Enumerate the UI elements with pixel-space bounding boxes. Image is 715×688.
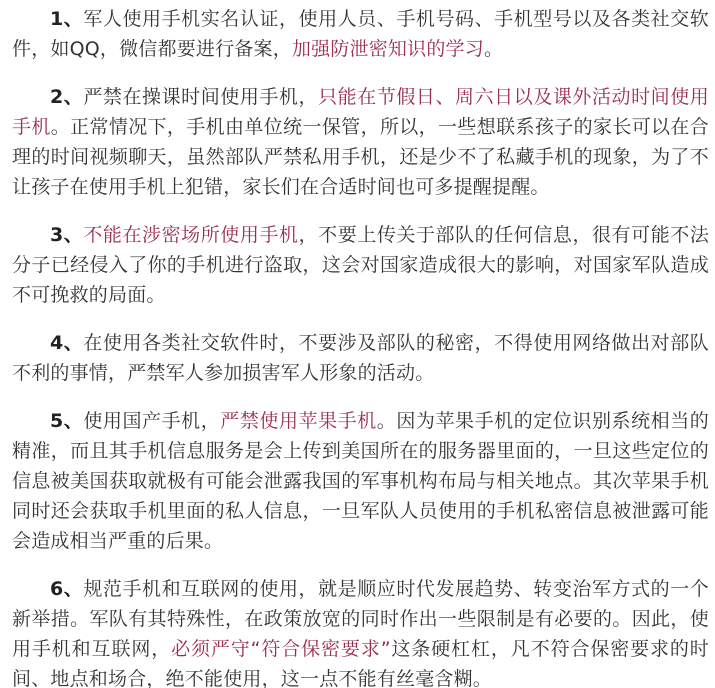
item-number: 5、	[50, 410, 83, 432]
paragraph-text: 。	[484, 38, 503, 60]
highlighted-text: 严禁使用苹果手机	[220, 410, 377, 432]
highlighted-text: 必须严守“符合保密要求”	[171, 638, 391, 660]
item-number: 6、	[50, 578, 83, 600]
paragraph-text: 使用国产手机，	[83, 410, 220, 432]
paragraph-text: 在使用各类社交软件时，不要涉及部队的秘密，不得使用网络做出对部队不利的事情，严禁…	[12, 332, 709, 384]
paragraph-5: 5、使用国产手机，严禁使用苹果手机。因为苹果手机的定位识别系统相当的精准，而且其…	[12, 406, 709, 556]
item-number: 3、	[50, 224, 83, 246]
paragraph-4: 4、在使用各类社交软件时，不要涉及部队的秘密，不得使用网络做出对部队不利的事情，…	[12, 328, 709, 388]
item-number: 1、	[50, 8, 83, 30]
item-number: 2、	[50, 86, 83, 108]
highlighted-text: 不能在涉密场所使用手机	[83, 224, 298, 246]
paragraph-2: 2、严禁在操课时间使用手机，只能在节假日、周六日以及课外活动时间使用手机。正常情…	[12, 82, 709, 202]
paragraph-1: 1、军人使用手机实名认证，使用人员、手机号码、手机型号以及各类社交软件，如QQ，…	[12, 4, 709, 64]
item-number: 4、	[50, 332, 83, 354]
article-body: 1、军人使用手机实名认证，使用人员、手机号码、手机型号以及各类社交软件，如QQ，…	[0, 0, 715, 688]
paragraph-6: 6、规范手机和互联网的使用，就是顺应时代发展趋势、转变治军方式的一个新举措。军队…	[12, 574, 709, 688]
highlighted-text: 加强防泄密知识的学习	[292, 38, 484, 60]
paragraph-text: 严禁在操课时间使用手机，	[83, 86, 318, 108]
paragraph-3: 3、不能在涉密场所使用手机，不要上传关于部队的任何信息，很有可能不法分子已经侵入…	[12, 220, 709, 310]
paragraph-text: 。正常情况下，手机由单位统一保管，所以，一些想联系孩子的家长可以在合理的时间视频…	[12, 116, 709, 198]
